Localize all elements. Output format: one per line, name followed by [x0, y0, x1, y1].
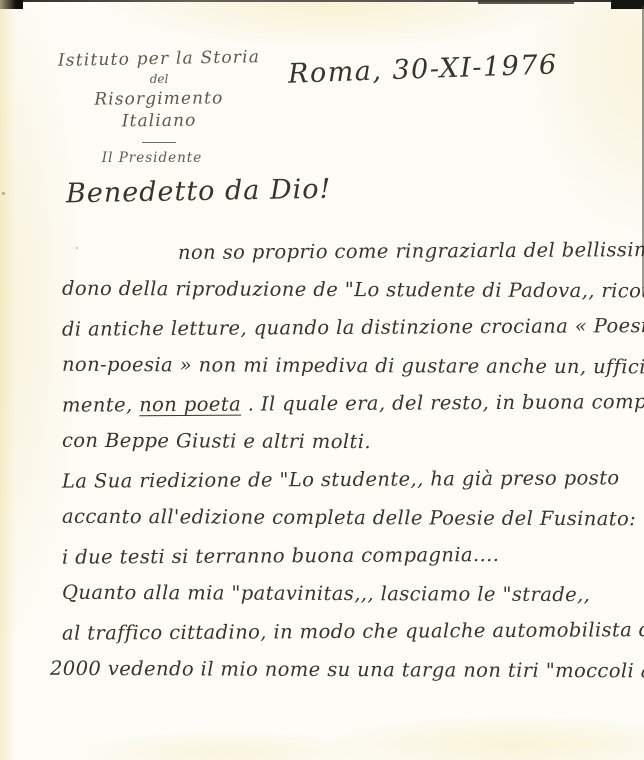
body-line: al traffico cittadino, in modo che qualc…	[62, 611, 610, 652]
body-line: Quanto alla mia "patavinitas,,, lasciamo…	[62, 574, 610, 614]
body-line: di antiche letture, quando la distinzion…	[62, 307, 610, 348]
body-line-underlined-text: non poeta	[139, 393, 241, 417]
letterhead-institute-line3: Risorgimento Italiano	[56, 87, 262, 133]
scan-left-yellow-band	[0, 0, 16, 760]
body-line-text: accanto all'edizione completa delle Poes…	[62, 505, 636, 531]
scanned-letter-page: Istituto per la Storia del Risorgimento …	[0, 0, 644, 760]
body-line: non-poesia » non mi impediva di gustare …	[62, 346, 610, 386]
body-line-text: di antiche letture, quando la distinzion…	[62, 314, 644, 341]
body-line: non so proprio come ringraziarla del bel…	[62, 231, 610, 272]
body-line: mente, non poeta . Il quale era, del res…	[62, 383, 610, 424]
letterhead-institute-line2: del	[56, 72, 262, 86]
body-line-text: Quanto alla mia "patavinitas,,, lasciamo…	[62, 581, 590, 606]
body-line-text: . Il quale era, del resto, in buona comp…	[241, 390, 644, 416]
body-line: i due testi si terranno buona compagnia.…	[62, 535, 610, 576]
scan-speck	[2, 192, 5, 195]
scan-top-mid-mark	[478, 0, 574, 4]
scan-corner-mark-right	[611, 0, 644, 9]
letter-body: non so proprio come ringraziarla del bel…	[62, 233, 610, 689]
dateline: Roma, 30-XI-1976	[288, 49, 559, 89]
letterhead: Istituto per la Storia del Risorgimento …	[56, 48, 262, 166]
body-line: 2000 vedendo il mio nome su una targa no…	[50, 650, 610, 690]
body-line-text: al traffico cittadino, in modo che qualc…	[62, 618, 644, 645]
letterhead-divider-rule	[142, 142, 176, 143]
body-line-text: non so proprio come ringraziarla del bel…	[178, 238, 644, 264]
body-line-text: dono della riproduzione de "Lo studente …	[62, 277, 644, 303]
body-line: La Sua riedizione de "Lo studente,, ha g…	[62, 459, 610, 500]
body-line-text: con Beppe Giusti e altri molti.	[62, 429, 371, 453]
body-line: dono della riproduzione de "Lo studente …	[62, 270, 610, 310]
body-line-text: La Sua riedizione de "Lo studente,, ha g…	[62, 466, 620, 492]
letterhead-role: Il Presidente	[42, 150, 262, 166]
salutation: Benedetto da Dio!	[66, 174, 332, 210]
body-line-text: non-poesia » non mi impediva di gustare …	[62, 353, 644, 379]
letterhead-institute-line1: Istituto per la Storia	[56, 46, 262, 72]
body-line-text: mente,	[62, 393, 139, 416]
body-line: con Beppe Giusti e altri molti.	[62, 422, 610, 462]
body-line-text: 2000 vedendo il mio nome su una targa no…	[50, 657, 644, 683]
body-line: accanto all'edizione completa delle Poes…	[62, 498, 610, 538]
body-line-text: i due testi si terranno buona compagnia.…	[62, 543, 499, 569]
